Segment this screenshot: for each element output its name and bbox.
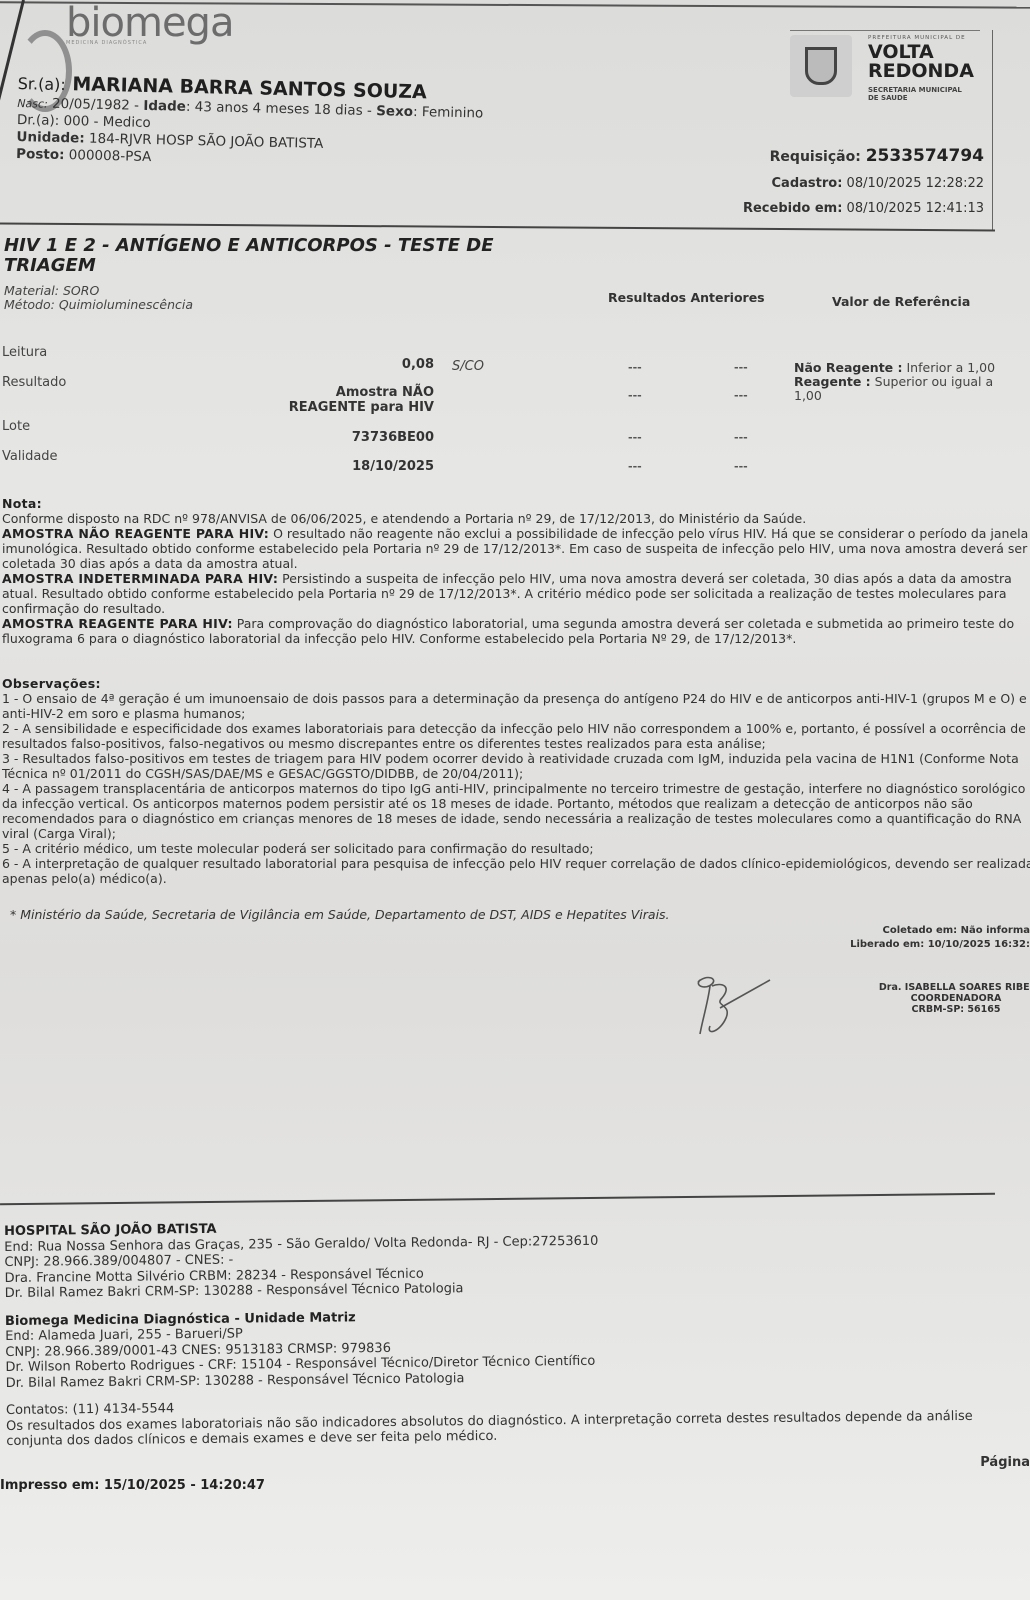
- observacao-item: 1 - O ensaio de 4ª geração é um imunoens…: [2, 691, 1030, 721]
- nota-section: Nota: Conforme disposto na RDC nº 978/AN…: [2, 496, 1030, 646]
- request-info: Requisição: 2533574794 Cadastro: 08/10/2…: [743, 146, 984, 216]
- source-note: * Ministério da Saúde, Secretaria de Vig…: [10, 907, 670, 922]
- observacoes-section: Observações: 1 - O ensaio de 4ª geração …: [2, 676, 1030, 886]
- prev-result: ---: [734, 361, 748, 374]
- resultado-value: Amostra NÃO REAGENTE para HIV: [289, 385, 434, 415]
- exam-title: HIV 1 E 2 - ANTÍGENO E ANTICORPOS - TEST…: [4, 236, 544, 276]
- nota-item: AMOSTRA REAGENTE PARA HIV: Para comprova…: [2, 616, 1030, 646]
- signature-icon: [692, 972, 772, 1042]
- requisicao: Requisição: 2533574794: [743, 146, 984, 166]
- page-label: Página: [980, 1455, 1030, 1470]
- header-rule: [0, 223, 995, 232]
- header-divider: [992, 30, 993, 230]
- prev-result: ---: [734, 389, 748, 402]
- observacao-item: 3 - Resultados falso-positivos em testes…: [2, 751, 1030, 781]
- observacao-item: 4 - A passagem transplacentária de antic…: [2, 781, 1030, 841]
- recebido: Recebido em: 08/10/2025 12:41:13: [743, 201, 984, 216]
- col-reference: Valor de Referência: [832, 294, 970, 309]
- observacao-item: 2 - A sensibilidade e especificidade dos…: [2, 721, 1030, 751]
- logo-tagline: MEDICINA DIAGNÓSTICA: [66, 40, 147, 46]
- footer-rule: [0, 1193, 995, 1205]
- observacao-item: 5 - A critério médico, um teste molecula…: [2, 841, 1030, 856]
- nota-item: AMOSTRA NÃO REAGENTE PARA HIV: O resulta…: [2, 526, 1030, 571]
- prev-result: ---: [734, 431, 748, 444]
- prev-result: ---: [628, 431, 642, 444]
- release-info: Coletado em: Não informa Liberado em: 10…: [850, 924, 1030, 952]
- row-label-resultado: Resultado: [2, 375, 66, 390]
- nota-item: AMOSTRA INDETERMINADA PARA HIV: Persisti…: [2, 571, 1030, 616]
- col-previous-results: Resultados Anteriores: [608, 290, 765, 305]
- signer-info: Dra. ISABELLA SOARES RIBEI COORDENADORA …: [866, 982, 1030, 1015]
- cadastro: Cadastro: 08/10/2025 12:28:22: [743, 176, 984, 191]
- exam-meta: Material: SORO Método: Quimioluminescênc…: [4, 284, 193, 312]
- footer: HOSPITAL SÃO JOÃO BATISTA End: Rua Nossa…: [4, 1213, 1026, 1449]
- prev-result: ---: [628, 460, 642, 473]
- city-crest-icon: [790, 35, 852, 97]
- prev-result: ---: [628, 361, 642, 374]
- validade-value: 18/10/2025: [352, 459, 434, 474]
- row-label-lote: Lote: [2, 419, 30, 434]
- leitura-value: 0,08: [402, 357, 434, 372]
- prev-result: ---: [734, 460, 748, 473]
- reference-values: Não Reagente : Inferior a 1,00 Reagente …: [794, 361, 1014, 403]
- volta-redonda-logo: PREFEITURA MUNICIPAL DE VOLTA REDONDA SE…: [790, 30, 980, 116]
- patient-info: Sr.(a): MARIANA BARRA SANTOS SOUZA Nasc:…: [16, 72, 484, 173]
- prev-result: ---: [628, 389, 642, 402]
- row-label-validade: Validade: [2, 449, 58, 464]
- lab-report-page: biomega MEDICINA DIAGNÓSTICA PREFEITURA …: [0, 0, 1030, 1600]
- printed-date: Impresso em: 15/10/2025 - 14:20:47: [0, 1478, 265, 1493]
- lote-value: 73736BE00: [352, 430, 434, 445]
- row-label-leitura: Leitura: [2, 345, 47, 360]
- leitura-unit: S/CO: [452, 359, 484, 374]
- observacao-item: 6 - A interpretação de qualquer resultad…: [2, 856, 1030, 886]
